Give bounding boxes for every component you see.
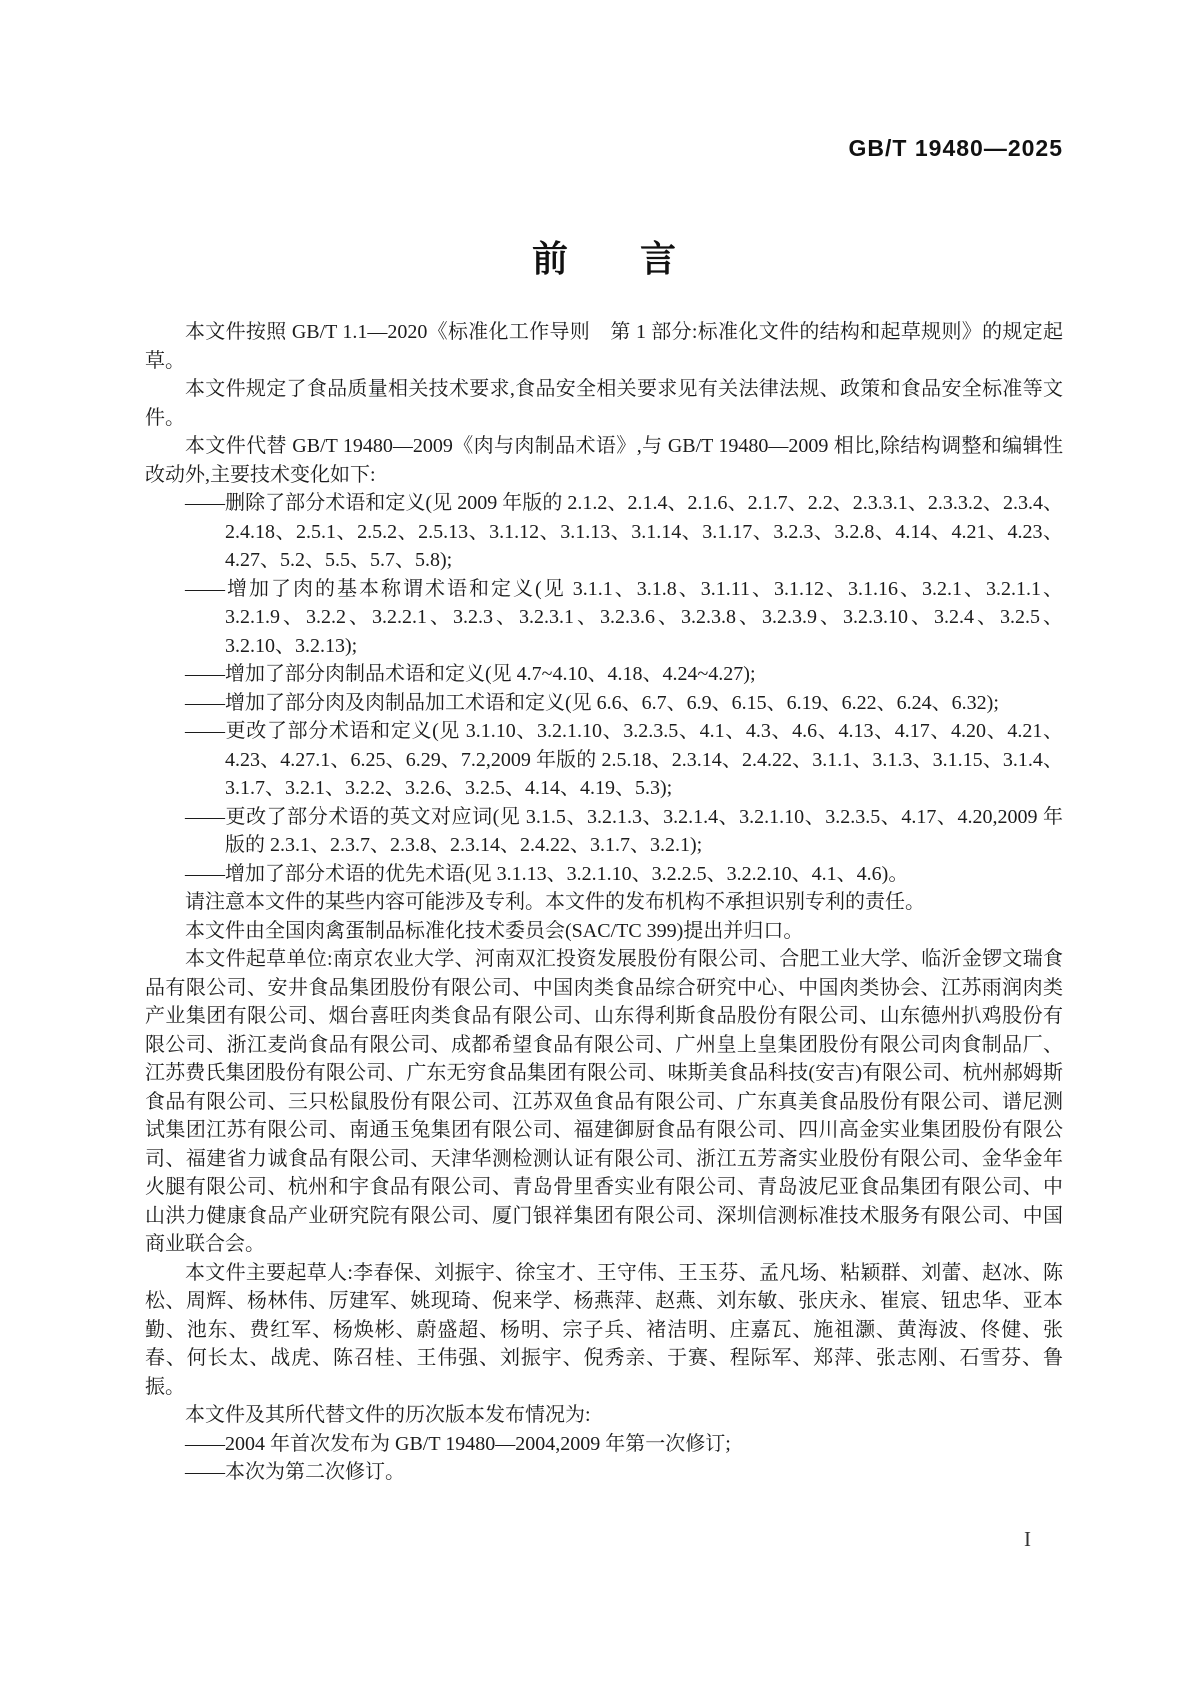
dash-prefix: —— [185,492,225,514]
paragraph-drafting-organizations: 本文件起草单位:南京农业大学、河南双汇投资发展股份有限公司、合肥工业大学、临沂金… [145,945,1063,1259]
dash-prefix: —— [185,1461,225,1483]
paragraph-drafters: 本文件主要起草人:李春保、刘振宇、徐宝才、王守伟、王玉芬、孟凡场、粘颖群、刘蕾、… [145,1259,1063,1402]
dash-prefix: —— [185,1433,225,1455]
paragraph-patent-notice: 请注意本文件的某些内容可能涉及专利。本文件的发布机构不承担识别专利的责任。 [145,888,1063,917]
standard-number: GB/T 19480—2025 [849,135,1063,162]
dash-prefix: —— [185,663,225,685]
change-item-text: 删除了部分术语和定义(见 2009 年版的 2.1.2、2.1.4、2.1.6、… [225,492,1063,571]
dash-prefix: —— [185,692,225,714]
change-item-2: ——增加了肉的基本称谓术语和定义(见 3.1.1、3.1.8、3.1.11、3.… [145,575,1063,661]
dash-prefix: —— [185,578,225,600]
foreword-body: 本文件按照 GB/T 1.1—2020《标准化工作导则 第 1 部分:标准化文件… [145,318,1063,1487]
dash-prefix: —— [185,806,225,828]
dash-prefix: —— [185,720,225,742]
history-item-1: ——2004 年首次发布为 GB/T 19480—2004,2009 年第一次修… [145,1430,1063,1459]
paragraph-scope: 本文件规定了食品质量相关技术要求,食品安全相关要求见有关法律法规、政策和食品安全… [145,375,1063,432]
change-item-1: ——删除了部分术语和定义(见 2009 年版的 2.1.2、2.1.4、2.1.… [145,489,1063,575]
paragraph-replaces: 本文件代替 GB/T 19480—2009《肉与肉制品术语》,与 GB/T 19… [145,432,1063,489]
dash-prefix: —— [185,863,225,885]
change-item-text: 增加了部分术语的优先术语(见 3.1.13、3.2.1.10、3.2.2.5、3… [225,863,908,885]
change-item-text: 增加了部分肉及肉制品加工术语和定义(见 6.6、6.7、6.9、6.15、6.1… [225,692,999,714]
change-item-5: ——更改了部分术语和定义(见 3.1.10、3.2.1.10、3.2.3.5、4… [145,717,1063,803]
history-item-2: ——本次为第二次修订。 [145,1458,1063,1487]
paragraph-history-intro: 本文件及其所代替文件的历次版本发布情况为: [145,1401,1063,1430]
change-item-text: 更改了部分术语和定义(见 3.1.10、3.2.1.10、3.2.3.5、4.1… [225,720,1063,799]
change-item-3: ——增加了部分肉制品术语和定义(见 4.7~4.10、4.18、4.24~4.2… [145,660,1063,689]
paragraph-basis: 本文件按照 GB/T 1.1—2020《标准化工作导则 第 1 部分:标准化文件… [145,318,1063,375]
document-page: GB/T 19480—2025 前 言 本文件按照 GB/T 1.1—2020《… [0,0,1191,1685]
change-item-4: ——增加了部分肉及肉制品加工术语和定义(见 6.6、6.7、6.9、6.15、6… [145,689,1063,718]
paragraph-committee: 本文件由全国肉禽蛋制品标准化技术委员会(SAC/TC 399)提出并归口。 [145,917,1063,946]
change-item-text: 更改了部分术语的英文对应词(见 3.1.5、3.2.1.3、3.2.1.4、3.… [225,806,1063,857]
change-item-6: ——更改了部分术语的英文对应词(见 3.1.5、3.2.1.3、3.2.1.4、… [145,803,1063,860]
change-item-text: 增加了肉的基本称谓术语和定义(见 3.1.1、3.1.8、3.1.11、3.1.… [225,578,1063,657]
page-title: 前 言 [145,231,1063,282]
page-number: I [1024,1527,1031,1552]
history-item-text: 2004 年首次发布为 GB/T 19480—2004,2009 年第一次修订; [225,1433,731,1455]
change-item-text: 增加了部分肉制品术语和定义(见 4.7~4.10、4.18、4.24~4.27)… [225,663,756,685]
change-item-7: ——增加了部分术语的优先术语(见 3.1.13、3.2.1.10、3.2.2.5… [145,860,1063,889]
history-item-text: 本次为第二次修订。 [225,1461,405,1483]
